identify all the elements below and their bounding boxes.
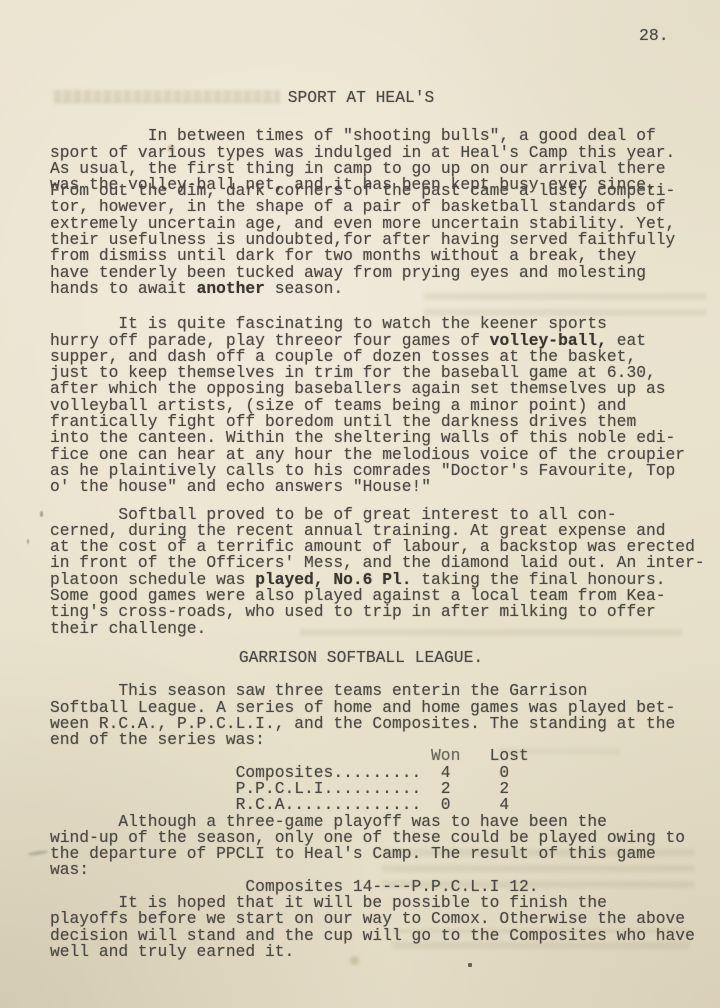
- column-header-won: Won: [431, 748, 460, 764]
- paper-speck: [40, 511, 43, 517]
- paragraph-closing: It is hoped that it will be possible to …: [50, 895, 672, 960]
- pencil-mark: [28, 850, 48, 857]
- page-number: 28.: [639, 27, 669, 44]
- ink-dot: [468, 963, 472, 967]
- scanned-typewritten-page: 28. SPORT AT HEAL'S In between times of …: [0, 0, 720, 1008]
- column-header-lost: Lost: [490, 748, 529, 764]
- text-line: hands to await another season.: [50, 281, 672, 297]
- standings-table: WonLost Composites.........40 P.P.C.L.I.…: [50, 748, 672, 813]
- paper-speck: [27, 539, 29, 544]
- text-line: o' the house" and echo answers "House!": [50, 479, 672, 495]
- paragraph-evening-sports: It is quite fascinating to watch the kee…: [50, 316, 672, 495]
- paragraph-league-intro: This season saw three teams enterin the …: [50, 683, 672, 748]
- paragraph-softball-training: Softball proved to be of great interest …: [50, 507, 672, 637]
- text-line: their challenge.: [50, 621, 672, 637]
- section-title-sport-at-heals: SPORT AT HEAL'S: [50, 90, 672, 106]
- section-title-garrison-softball-league: GARRISON SOFTBALL LEAGUE.: [50, 650, 672, 666]
- paragraph-playoff: Although a three-game playoff was to hav…: [50, 814, 672, 879]
- text-line: well and truly earned it.: [50, 944, 672, 960]
- text-line: end of the series was:: [50, 732, 672, 748]
- text-line: the departure of PPCLI to Heal's Camp. T…: [50, 846, 672, 862]
- paragraph-volleyball-intro: In between times of "shooting bulls", a …: [50, 128, 672, 297]
- page-content: SPORT AT HEAL'S In between times of "sho…: [50, 90, 672, 960]
